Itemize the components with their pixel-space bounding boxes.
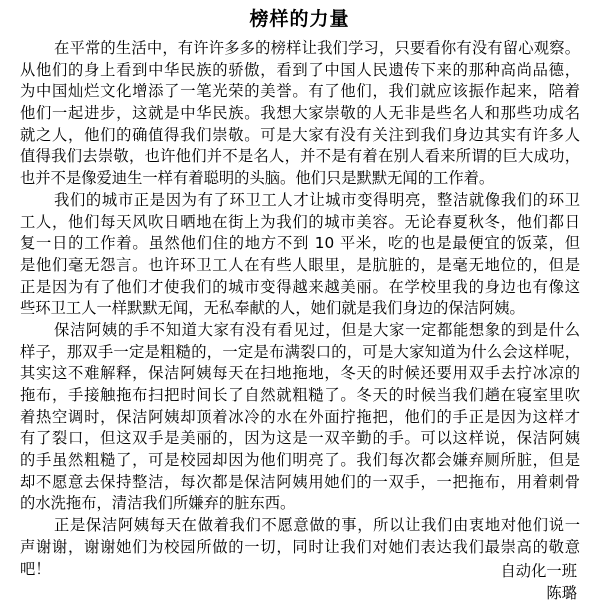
text-line: 他们一起进步，这就是中华民族。我想大家崇敬的人无非是些名人和那些功成名 — [20, 103, 580, 125]
document-body: 在平常的生活中，有许许多多的榜样让我们学习，只要看你有没有留心观察。从他们的身上… — [20, 38, 580, 580]
signature-author: 陈璐 — [546, 583, 577, 605]
text-line: 复一日的工作着。虽然他们住的地方不到 10 平米，吃的也是最便宜的饭菜，但 — [20, 233, 580, 255]
text-line: 正是因为有了他们才使我们的城市变得越来越美丽。在学校里我的身边也有像这 — [20, 277, 580, 299]
text-line: 的水洗拖布，清洁我们所嫌弃的脏东西。 — [20, 493, 580, 515]
text-line: 声谢谢，谢谢她们为校园所做的一切，同时让我们对她们表达我们最崇高的敬意 — [20, 537, 580, 559]
document-title: 榜样的力量 — [0, 6, 599, 32]
text-line: 吧！ — [20, 559, 580, 581]
text-line: 有了裂口，但这双手是美丽的，因为这是一双辛勤的手。可以这样说，保洁阿姨 — [20, 428, 580, 450]
text-line: 拖布，手接触拖布扫把时间长了自然就粗糙了。冬天的时候当我们趟在寝室里吹 — [20, 385, 580, 407]
text-line: 些环卫工人一样默默无闻，无私奉献的人，她们就是我们身边的保洁阿姨。 — [20, 298, 580, 320]
text-line: 正是保洁阿姨每天在做着我们不愿意做的事，所以让我们由衷地对他们说一 — [20, 515, 580, 537]
signature-class: 自动化一班 — [501, 561, 578, 583]
text-line: 却不愿意去保持整洁，每次都是保洁阿姨用她们的一双手，一把拖布，用着刺骨 — [20, 472, 580, 494]
text-line: 保洁阿姨的手不知道大家有没有看见过，但是大家一定都能想象的到是什么 — [20, 320, 580, 342]
text-line: 其实这不难解释，保洁阿姨每天在扫地拖地，冬天的时候还要用双手去拧冰凉的 — [20, 363, 580, 385]
text-line: 的手虽然粗糙了，可是校园却因为他们明亮了。我们每次都会嫌弃厕所脏，但是 — [20, 450, 580, 472]
text-line: 工人，他们每天风吹日晒地在街上为我们的城市美容。无论春夏秋冬，他们都日 — [20, 212, 580, 234]
text-line: 也并不是像爱迪生一样有着聪明的头脑。他们只是默默无闻的工作着。 — [20, 168, 580, 190]
text-line: 就之人，他们的确值得我们崇敬。可是大家有没有关注到我们身边其实有许多人 — [20, 125, 580, 147]
text-line: 是他们毫无怨言。也许环卫工人在有些人眼里，是肮脏的，是毫无地位的，但是 — [20, 255, 580, 277]
text-line: 值得我们去崇敬，也许他们并不是名人，并不是有着在别人看来所谓的巨大成功， — [20, 146, 580, 168]
text-line: 样子，那双手一定是粗糙的，一定是布满裂口的，可是大家知道为什么会这样呢， — [20, 342, 580, 364]
text-line: 我们的城市正是因为有了环卫工人才让城市变得明亮，整洁就像我们的环卫 — [20, 190, 580, 212]
text-line: 从他们的身上看到中华民族的骄傲，看到了中国人民遗传下来的那种高尚品德， — [20, 60, 580, 82]
text-line: 着热空调时，保洁阿姨却顶着冰冷的水在外面拧拖把，他们的手正是因为这样才 — [20, 407, 580, 429]
text-line: 在平常的生活中，有许许多多的榜样让我们学习，只要看你有没有留心观察。 — [20, 38, 580, 60]
text-line: 为中国灿烂文化增添了一笔光荣的美誉。有了他们，我们就应该振作起来，陪着 — [20, 81, 580, 103]
